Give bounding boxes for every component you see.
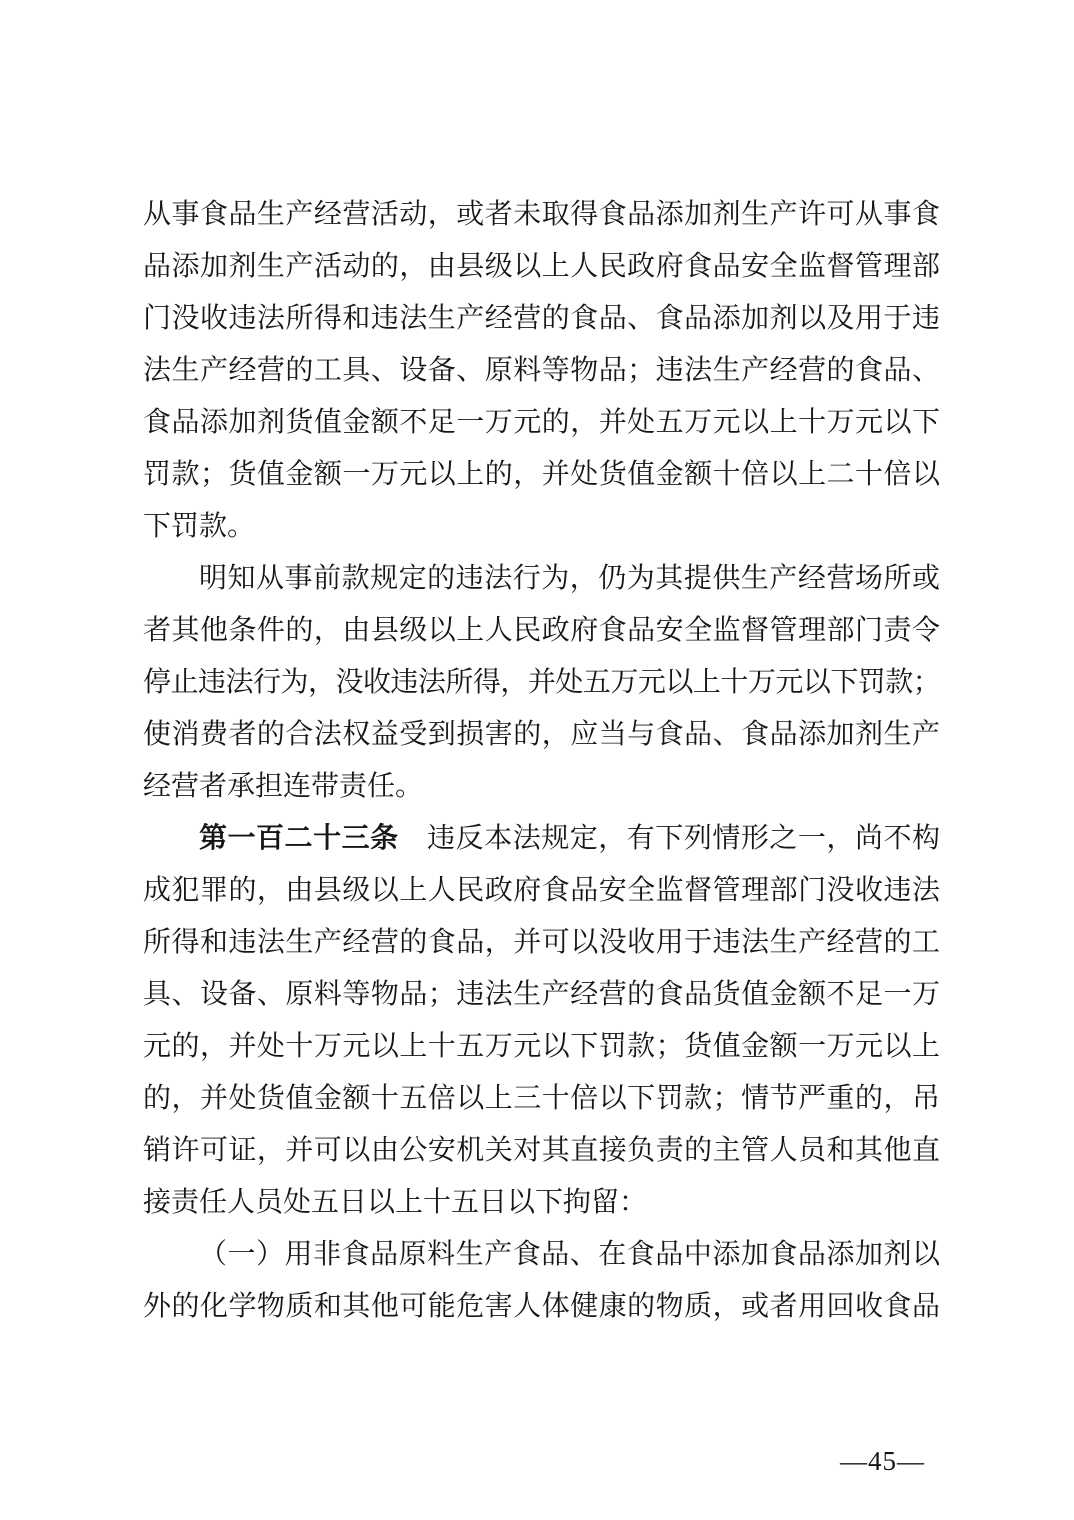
text-line: 销许可证，并可以由公安机关对其直接负责的主管人员和其他直 xyxy=(143,1125,940,1177)
text-line: 具、设备、原料等物品；违法生产经营的食品货值金额不足一万 xyxy=(143,969,940,1021)
paragraph-2: 明知从事前款规定的违法行为，仍为其提供生产经营场所或 者其他条件的，由县级以上人… xyxy=(143,553,940,813)
paragraph-1: 从事食品生产经营活动，或者未取得食品添加剂生产许可从事食 品添加剂生产活动的，由… xyxy=(143,189,940,553)
paragraph-3-article-123: 第一百二十三条 违反本法规定，有下列情形之一，尚不构 成犯罪的，由县级以上人民政… xyxy=(143,813,940,1229)
text-line: 的，并处货值金额十五倍以上三十倍以下罚款；情节严重的，吊 xyxy=(143,1073,940,1125)
text-line: 所得和违法生产经营的食品，并可以没收用于违法生产经营的工 xyxy=(143,917,940,969)
text-line: 罚款；货值金额一万元以上的，并处货值金额十倍以上二十倍以 xyxy=(143,449,940,501)
text-line: 明知从事前款规定的违法行为，仍为其提供生产经营场所或 xyxy=(143,553,940,605)
text-line: 者其他条件的，由县级以上人民政府食品安全监督管理部门责令 xyxy=(143,605,940,657)
text-line: 法生产经营的工具、设备、原料等物品；违法生产经营的食品、 xyxy=(143,345,940,397)
text-line: 使消费者的合法权益受到损害的，应当与食品、食品添加剂生产 xyxy=(143,709,940,761)
text-line: 成犯罪的，由县级以上人民政府食品安全监督管理部门没收违法 xyxy=(143,865,940,917)
text-line: 接责任人员处五日以上十五日以下拘留： xyxy=(143,1177,940,1229)
text-line: 外的化学物质和其他可能危害人体健康的物质，或者用回收食品 xyxy=(143,1281,940,1333)
text-line: 第一百二十三条 违反本法规定，有下列情形之一，尚不构 xyxy=(143,813,940,865)
text-line: 经营者承担连带责任。 xyxy=(143,761,940,813)
text-line: 从事食品生产经营活动，或者未取得食品添加剂生产许可从事食 xyxy=(143,189,940,241)
text-line: （一）用非食品原料生产食品、在食品中添加食品添加剂以 xyxy=(143,1229,940,1281)
text-line: 元的，并处十万元以上十五万元以下罚款；货值金额一万元以上 xyxy=(143,1021,940,1073)
document-page: 从事食品生产经营活动，或者未取得食品添加剂生产许可从事食 品添加剂生产活动的，由… xyxy=(0,0,1074,1520)
text-line: 门没收违法所得和违法生产经营的食品、食品添加剂以及用于违 xyxy=(143,293,940,345)
text-line: 停止违法行为，没收违法所得，并处五万元以上十万元以下罚款； xyxy=(143,657,940,709)
paragraph-4-item-1: （一）用非食品原料生产食品、在食品中添加食品添加剂以 外的化学物质和其他可能危害… xyxy=(143,1229,940,1333)
text-line: 下罚款。 xyxy=(143,501,940,553)
article-text: 违反本法规定，有下列情形之一，尚不构 xyxy=(399,823,940,854)
page-number: —45— xyxy=(840,1446,925,1477)
article-number-heading: 第一百二十三条 xyxy=(199,823,399,854)
text-block: 从事食品生产经营活动，或者未取得食品添加剂生产许可从事食 品添加剂生产活动的，由… xyxy=(143,189,940,1333)
text-line: 食品添加剂货值金额不足一万元的，并处五万元以上十万元以下 xyxy=(143,397,940,449)
text-line: 品添加剂生产活动的，由县级以上人民政府食品安全监督管理部 xyxy=(143,241,940,293)
